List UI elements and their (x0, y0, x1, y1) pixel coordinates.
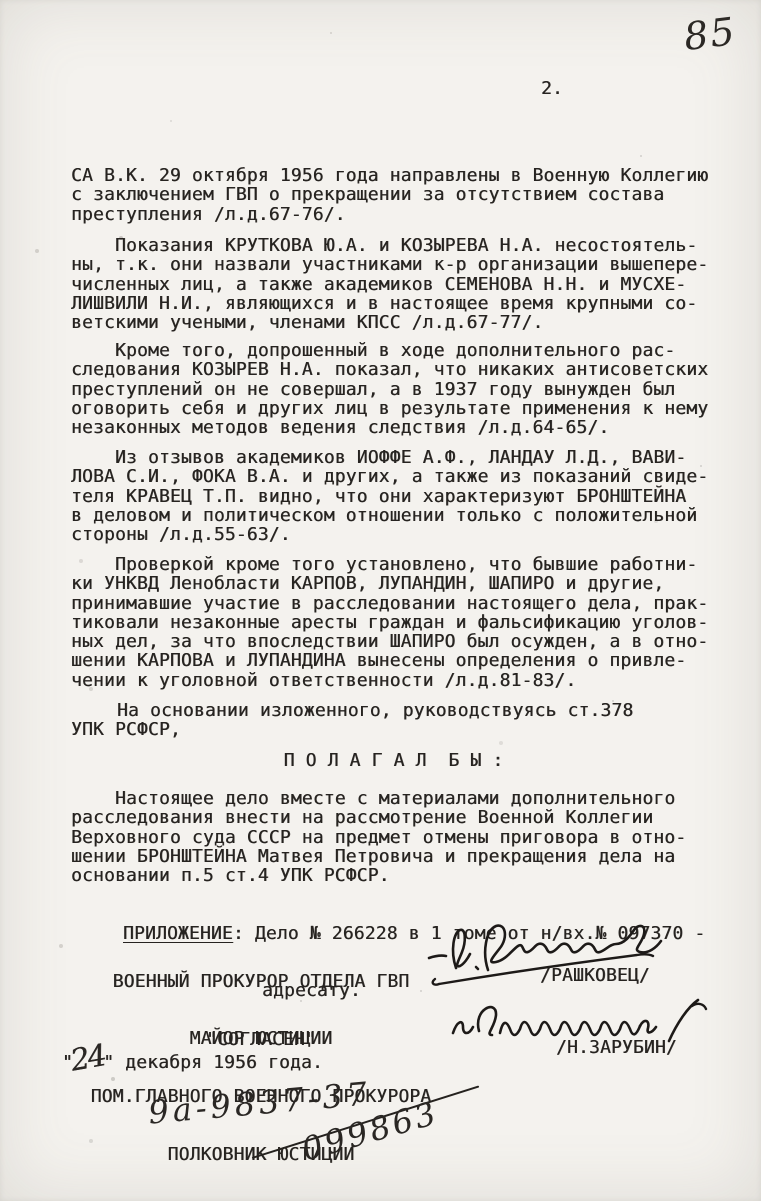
text-line: ЛИШВИЛИ Н.И., являющихся и в настоящее в… (71, 294, 723, 313)
text-line: ЛОВА С.И., ФОКА В.А. и других, а также и… (71, 467, 723, 486)
text-line: в деловом и политическом отношении тольк… (71, 506, 723, 525)
text-line: следования КОЗЫРЕВ Н.А. показал, что ник… (71, 360, 723, 379)
paragraph: Проверкой кроме того установлено, что бы… (71, 555, 723, 690)
text-line: преступлений он не совершал, а в 1937 го… (71, 380, 723, 399)
typed-name-zarubin: /Н.ЗАРУБИН/ (556, 1038, 677, 1057)
text-line: УПК РСФСР, (71, 720, 723, 739)
folio-number: 85 (682, 9, 739, 59)
paragraph: Настоящее дело вместе с материалами допо… (71, 789, 723, 885)
paragraph: СА В.К. 29 октября 1956 года направлены … (71, 166, 723, 224)
paragraph: Кроме того, допрошенный в ходе дополните… (71, 341, 723, 437)
date-text: декабря 1956 года. (114, 1052, 323, 1073)
text-line: ных дел, за что впоследствии ШАПИРО был … (71, 632, 723, 651)
paragraph: На основании изложенного, руководствуясь… (71, 701, 723, 740)
resolution-heading: П О Л А Г А Л Б Ы : (71, 751, 716, 770)
text-line: основании п.5 ст.4 УПК РСФСР. (71, 866, 723, 885)
text-line: теля КРАВЕЦ Т.П. видно, что они характер… (71, 487, 723, 506)
text-line: ки УНКВД Ленобласти КАРПОВ, ЛУПАНДИН, ША… (71, 574, 723, 593)
text-line: тиковали незаконные аресты граждан и фал… (71, 613, 723, 632)
text-line: незаконных методов ведения следствия /л.… (71, 418, 723, 437)
text-line: оговорить себя и других лиц в результате… (71, 399, 723, 418)
handwritten-day: 24 (70, 1051, 105, 1067)
prosecutor-title: ВОЕННЫЙ ПРОКУРОР ОТДЕЛА ГВП (71, 972, 451, 991)
text-line: Проверкой кроме того установлено, что бы… (71, 555, 723, 574)
text-line: Верховного суда СССР на предмет отмены п… (71, 828, 723, 847)
paragraph: Из отзывов академиков ИОФФЕ А.Ф., ЛАНДАУ… (71, 448, 723, 544)
text-line: СА В.К. 29 октября 1956 года направлены … (71, 166, 723, 185)
date-line: "24" декабря 1956 года. (62, 1053, 323, 1072)
paragraph: Показания КРУТКОВА Ю.А. и КОЗЫРЕВА Н.А. … (71, 236, 723, 332)
text-line: Показания КРУТКОВА Ю.А. и КОЗЫРЕВА Н.А. … (71, 236, 723, 255)
text-line: На основании изложенного, руководствуясь… (71, 701, 723, 720)
agreed-label: "СОГЛАСЕН" (71, 1030, 451, 1049)
text-line: шении КАРПОВА и ЛУПАНДИНА вынесены опред… (71, 651, 723, 670)
text-line: с заключением ГВП о прекращении за отсут… (71, 185, 723, 204)
text-line: Из отзывов академиков ИОФФЕ А.Ф., ЛАНДАУ… (71, 448, 723, 467)
page-number: 2. (541, 79, 563, 98)
text-line: Кроме того, допрошенный в ходе дополните… (71, 341, 723, 360)
text-line: численных лиц, а также академиков СЕМЕНО… (71, 275, 723, 294)
text-line: принимавшие участие в расследовании наст… (71, 594, 723, 613)
document-page: 85 2. СА В.К. 29 октября 1956 года напра… (0, 0, 761, 1201)
text-line: преступления /л.д.67-76/. (71, 205, 723, 224)
text-line: расследования внести на рассмотрение Вое… (71, 808, 723, 827)
text-line: Настоящее дело вместе с материалами допо… (71, 789, 723, 808)
text-line: ветскими учеными, членами КПСС /л.д.67-7… (71, 313, 723, 332)
text-line: стороны /л.д.55-63/. (71, 525, 723, 544)
text-line: ны, т.к. они назвали участниками к-р орг… (71, 255, 723, 274)
paper-noise (0, 0, 2, 2)
typed-name-rashkovets: /РАШКОВЕЦ/ (540, 966, 650, 985)
text-line: шении БРОНШТЕЙНА Матвея Петровича и прек… (71, 847, 723, 866)
text-line: чении к уголовной ответственности /л.д.8… (71, 671, 723, 690)
